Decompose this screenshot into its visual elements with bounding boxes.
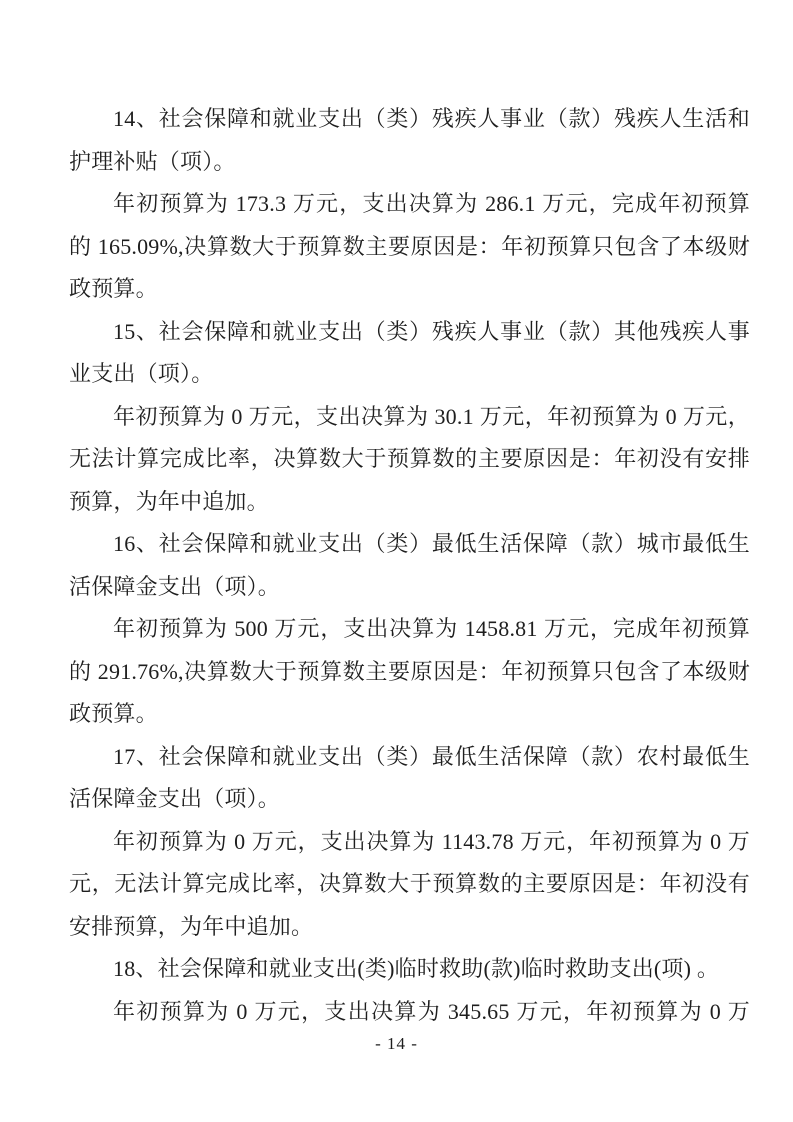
- text-line: 活保障金支出（项）。: [69, 778, 750, 821]
- section-item-14: 14、社会保障和就业支出（类）残疾人事业（款）残疾人生活和护理补贴（项）。年初预…: [69, 98, 750, 311]
- text-line: 业支出（项）。: [69, 353, 750, 396]
- text-line: 护理补贴（项）。: [69, 141, 750, 184]
- section-item-15: 15、社会保障和就业支出（类）残疾人事业（款）其他残疾人事业支出（项）。年初预算…: [69, 311, 750, 524]
- text-line: 元，无法计算完成比率，决算数大于预算数的主要原因是：年初没有: [69, 863, 750, 906]
- text-line: 政预算。: [69, 268, 750, 311]
- text-line: 15、社会保障和就业支出（类）残疾人事业（款）其他残疾人事: [69, 311, 750, 354]
- section-item-18: 18、社会保障和就业支出(类)临时救助(款)临时救助支出(项) 。年初预算为 0…: [69, 948, 750, 1033]
- text-line: 的 165.09%,决算数大于预算数主要原因是：年初预算只包含了本级财: [69, 226, 750, 269]
- text-line: 18、社会保障和就业支出(类)临时救助(款)临时救助支出(项) 。: [69, 948, 750, 991]
- text-line: 年初预算为 0 万元，支出决算为 345.65 万元，年初预算为 0 万: [69, 991, 750, 1034]
- text-line: 16、社会保障和就业支出（类）最低生活保障（款）城市最低生: [69, 523, 750, 566]
- text-line: 安排预算，为年中追加。: [69, 906, 750, 949]
- text-line: 年初预算为 173.3 万元，支出决算为 286.1 万元，完成年初预算: [69, 183, 750, 226]
- document-page: 14、社会保障和就业支出（类）残疾人事业（款）残疾人生活和护理补贴（项）。年初预…: [0, 0, 793, 1122]
- text-line: 活保障金支出（项）。: [69, 566, 750, 609]
- text-line: 政预算。: [69, 693, 750, 736]
- text-line: 预算，为年中追加。: [69, 481, 750, 524]
- text-line: 年初预算为 0 万元，支出决算为 1143.78 万元，年初预算为 0 万: [69, 821, 750, 864]
- text-line: 年初预算为 0 万元，支出决算为 30.1 万元，年初预算为 0 万元，: [69, 396, 750, 439]
- page-number: - 14 -: [0, 1032, 793, 1056]
- section-item-17: 17、社会保障和就业支出（类）最低生活保障（款）农村最低生活保障金支出（项）。年…: [69, 736, 750, 949]
- document-body: 14、社会保障和就业支出（类）残疾人事业（款）残疾人生活和护理补贴（项）。年初预…: [69, 98, 750, 1033]
- text-line: 年初预算为 500 万元，支出决算为 1458.81 万元，完成年初预算: [69, 608, 750, 651]
- text-line: 无法计算完成比率，决算数大于预算数的主要原因是：年初没有安排: [69, 438, 750, 481]
- text-line: 的 291.76%,决算数大于预算数主要原因是：年初预算只包含了本级财: [69, 651, 750, 694]
- text-line: 17、社会保障和就业支出（类）最低生活保障（款）农村最低生: [69, 736, 750, 779]
- section-item-16: 16、社会保障和就业支出（类）最低生活保障（款）城市最低生活保障金支出（项）。年…: [69, 523, 750, 736]
- text-line: 14、社会保障和就业支出（类）残疾人事业（款）残疾人生活和: [69, 98, 750, 141]
